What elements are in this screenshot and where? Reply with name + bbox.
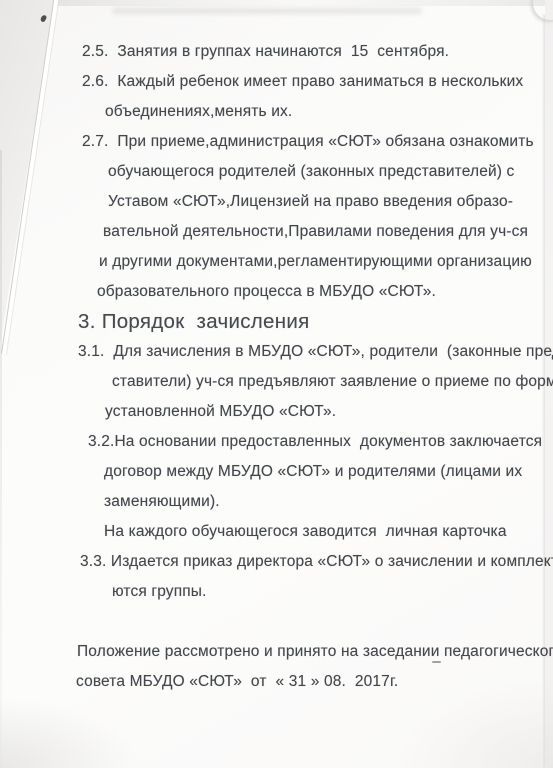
document-line: 3.3. Издается приказ директора «СЮТ» о з… xyxy=(0,547,553,577)
document-line: Уставом «СЮТ»,Лицензией на право введени… xyxy=(0,187,553,217)
document-text: 2.5. Занятия в группах начинаются 15 сен… xyxy=(0,0,553,697)
document-line: 2.6. Каждый ребенок имеет право занимать… xyxy=(0,67,553,97)
scanned-document-page: 2.5. Занятия в группах начинаются 15 сен… xyxy=(0,0,553,768)
document-line: ставители) уч-ся предъявляют заявление о… xyxy=(0,367,553,397)
document-line: 3.2.На основании предоставленных докумен… xyxy=(0,427,553,457)
document-line: образовательного процесса в МБУДО «СЮТ». xyxy=(0,277,553,307)
document-line: договор между МБУДО «СЮТ» и родителями (… xyxy=(0,457,553,487)
document-line: 2.5. Занятия в группах начинаются 15 сен… xyxy=(0,37,553,67)
document-line: На каждого обучающегося заводится личная… xyxy=(0,517,553,547)
document-line: ются группы. xyxy=(0,577,553,607)
document-line: обучающегося родителей (законных предста… xyxy=(0,157,553,187)
document-line: установленной МБУДО «СЮТ». xyxy=(0,397,553,427)
document-line: заменяющими). xyxy=(0,487,553,517)
document-line: 2.7. При приеме,администрация «СЮТ» обяз… xyxy=(0,127,553,157)
blank-line xyxy=(0,607,553,637)
document-line: вательной деятельности,Правилами поведен… xyxy=(0,217,553,247)
document-line: 3.1. Для зачисления в МБУДО «СЮТ», родит… xyxy=(0,337,553,367)
document-line: и другими документами,регламентирующими … xyxy=(0,247,553,277)
section-heading: 3. Порядок зачисления xyxy=(0,307,553,337)
footer-note-line: Положение рассмотрено и принято на засед… xyxy=(0,637,553,667)
footer-note-line: совета МБУДО «СЮТ» от « 31 » 08. 2017г. xyxy=(0,667,553,697)
document-line: объединениях,менять их. xyxy=(0,97,553,127)
scan-bottom-left-shade xyxy=(0,698,140,768)
